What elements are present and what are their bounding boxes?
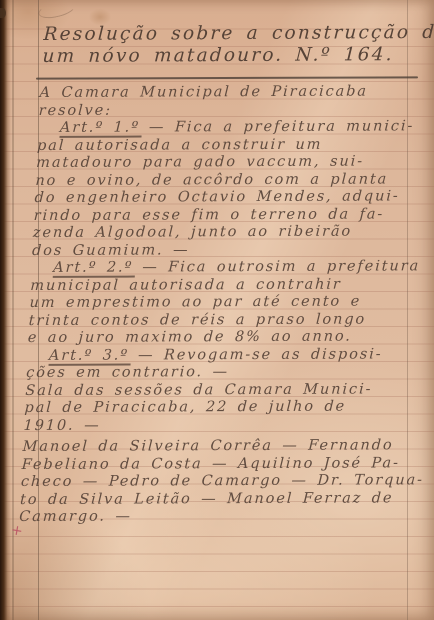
manuscript-line: Sala das sessões da Camara Munici- xyxy=(25,381,412,400)
line-text: pal autorisada a construir um xyxy=(37,136,323,153)
line-text: rindo para esse fim o terreno da fa- xyxy=(33,206,384,224)
manuscript-line: matadouro para gado vaccum, sui- xyxy=(36,153,423,172)
manuscript-line: Art.º 1.º— Fica a prefeitura munici- xyxy=(37,118,424,137)
line-text: ções em contrario. — xyxy=(26,364,230,381)
manuscript-line: Febeliano da Costa — Aquilino José Pa- xyxy=(21,455,408,474)
line-text: zenda Algodoal, junto ao ribeirão xyxy=(33,224,353,241)
document-title: Resolução sobre a construcção de um nóvo… xyxy=(42,22,434,67)
line-text: e ao juro maximo de 8% ao anno. xyxy=(27,329,352,346)
manuscript-line: pal autorisada a construir um xyxy=(37,136,424,155)
line-text: Camargo. — xyxy=(19,509,132,525)
line-text: — Revogam-se as disposi- xyxy=(138,346,383,363)
book-gutter-edge xyxy=(0,0,11,620)
manuscript-line: to da Silva Leitão — Manoel Ferraz de xyxy=(20,490,407,509)
line-text: to da Silva Leitão — Manoel Ferraz de xyxy=(20,490,394,508)
line-text: A Camara Municipal de Piracicaba xyxy=(39,84,368,101)
manuscript-line: Art.º 3.º— Revogam-se as disposi- xyxy=(27,346,414,365)
line-text: matadouro para gado vaccum, sui- xyxy=(36,154,364,171)
manuscript-line: Camargo. — xyxy=(19,507,406,526)
line-text: um emprestimo ao par até cento e xyxy=(29,294,361,311)
manuscript-line: do engenheiro Octavio Mendes, adqui- xyxy=(34,188,421,207)
manuscript-line: Art.º 2.º— Fica outrosim a prefeitura xyxy=(31,258,418,277)
line-text: do engenheiro Octavio Mendes, adqui- xyxy=(34,188,400,206)
article-heading: Art.º 2.º xyxy=(53,260,136,278)
line-text: — Fica a prefeitura munici- xyxy=(149,118,415,135)
article-heading: Art.º 1.º xyxy=(59,120,142,138)
line-text: trinta contos de réis a praso longo xyxy=(28,311,366,328)
document-body: A Camara Municipal de Piracicaba resolve… xyxy=(19,83,426,526)
manuscript-line: um emprestimo ao par até cento e xyxy=(29,293,416,312)
line-text: resolve: xyxy=(38,102,112,118)
line-text: — Fica outrosim a prefeitura xyxy=(142,258,421,275)
manuscript-line: zenda Algodoal, junto ao ribeirão xyxy=(32,223,419,242)
article-heading: Art.º 3.º xyxy=(49,347,132,365)
manuscript-page: Resolução sobre a construcção de um nóvo… xyxy=(0,0,434,620)
manuscript-line: e ao juro maximo de 8% ao anno. xyxy=(27,328,414,347)
line-text: checo — Pedro de Camargo — Dr. Torqua- xyxy=(21,472,425,490)
manuscript-line: rindo para esse fim o terreno da fa- xyxy=(33,206,420,225)
manuscript-line: 1910. — xyxy=(23,416,410,435)
manuscript-line: dos Guamium. — xyxy=(32,241,419,260)
line-text: Manoel da Silveira Corrêa — Fernando xyxy=(22,437,394,455)
manuscript-line: municipal autorisada a contrahir xyxy=(30,276,417,295)
gutter-fleck-stain xyxy=(0,8,6,18)
manuscript-line: Manoel da Silveira Corrêa — Fernando xyxy=(22,437,409,456)
manuscript-line: ções em contrario. — xyxy=(26,363,413,382)
line-text: municipal autorisada a contrahir xyxy=(30,276,342,293)
line-text: 1910. — xyxy=(23,417,101,433)
manuscript-line: no e ovino, de accôrdo com a planta xyxy=(35,171,422,190)
manuscript-line: pal de Piracicaba, 22 de julho de xyxy=(24,398,411,417)
line-text: no e ovino, de accôrdo com a planta xyxy=(35,171,389,189)
title-line-1: Resolução sobre a construcção de xyxy=(43,22,434,46)
manuscript-line: A Camara Municipal de Piracicaba xyxy=(39,83,426,102)
manuscript-line: resolve: xyxy=(38,101,425,120)
line-text: Sala das sessões da Camara Munici- xyxy=(25,381,373,399)
line-text: Febeliano da Costa — Aquilino José Pa- xyxy=(21,455,400,473)
title-line-2: um nóvo matadouro. N.º 164. xyxy=(42,43,434,67)
manuscript-line: checo — Pedro de Camargo — Dr. Torqua- xyxy=(20,472,407,491)
line-text: pal de Piracicaba, 22 de julho de xyxy=(24,399,346,416)
line-text: dos Guamium. — xyxy=(32,242,190,259)
manuscript-line: trinta contos de réis a praso longo xyxy=(28,311,415,330)
